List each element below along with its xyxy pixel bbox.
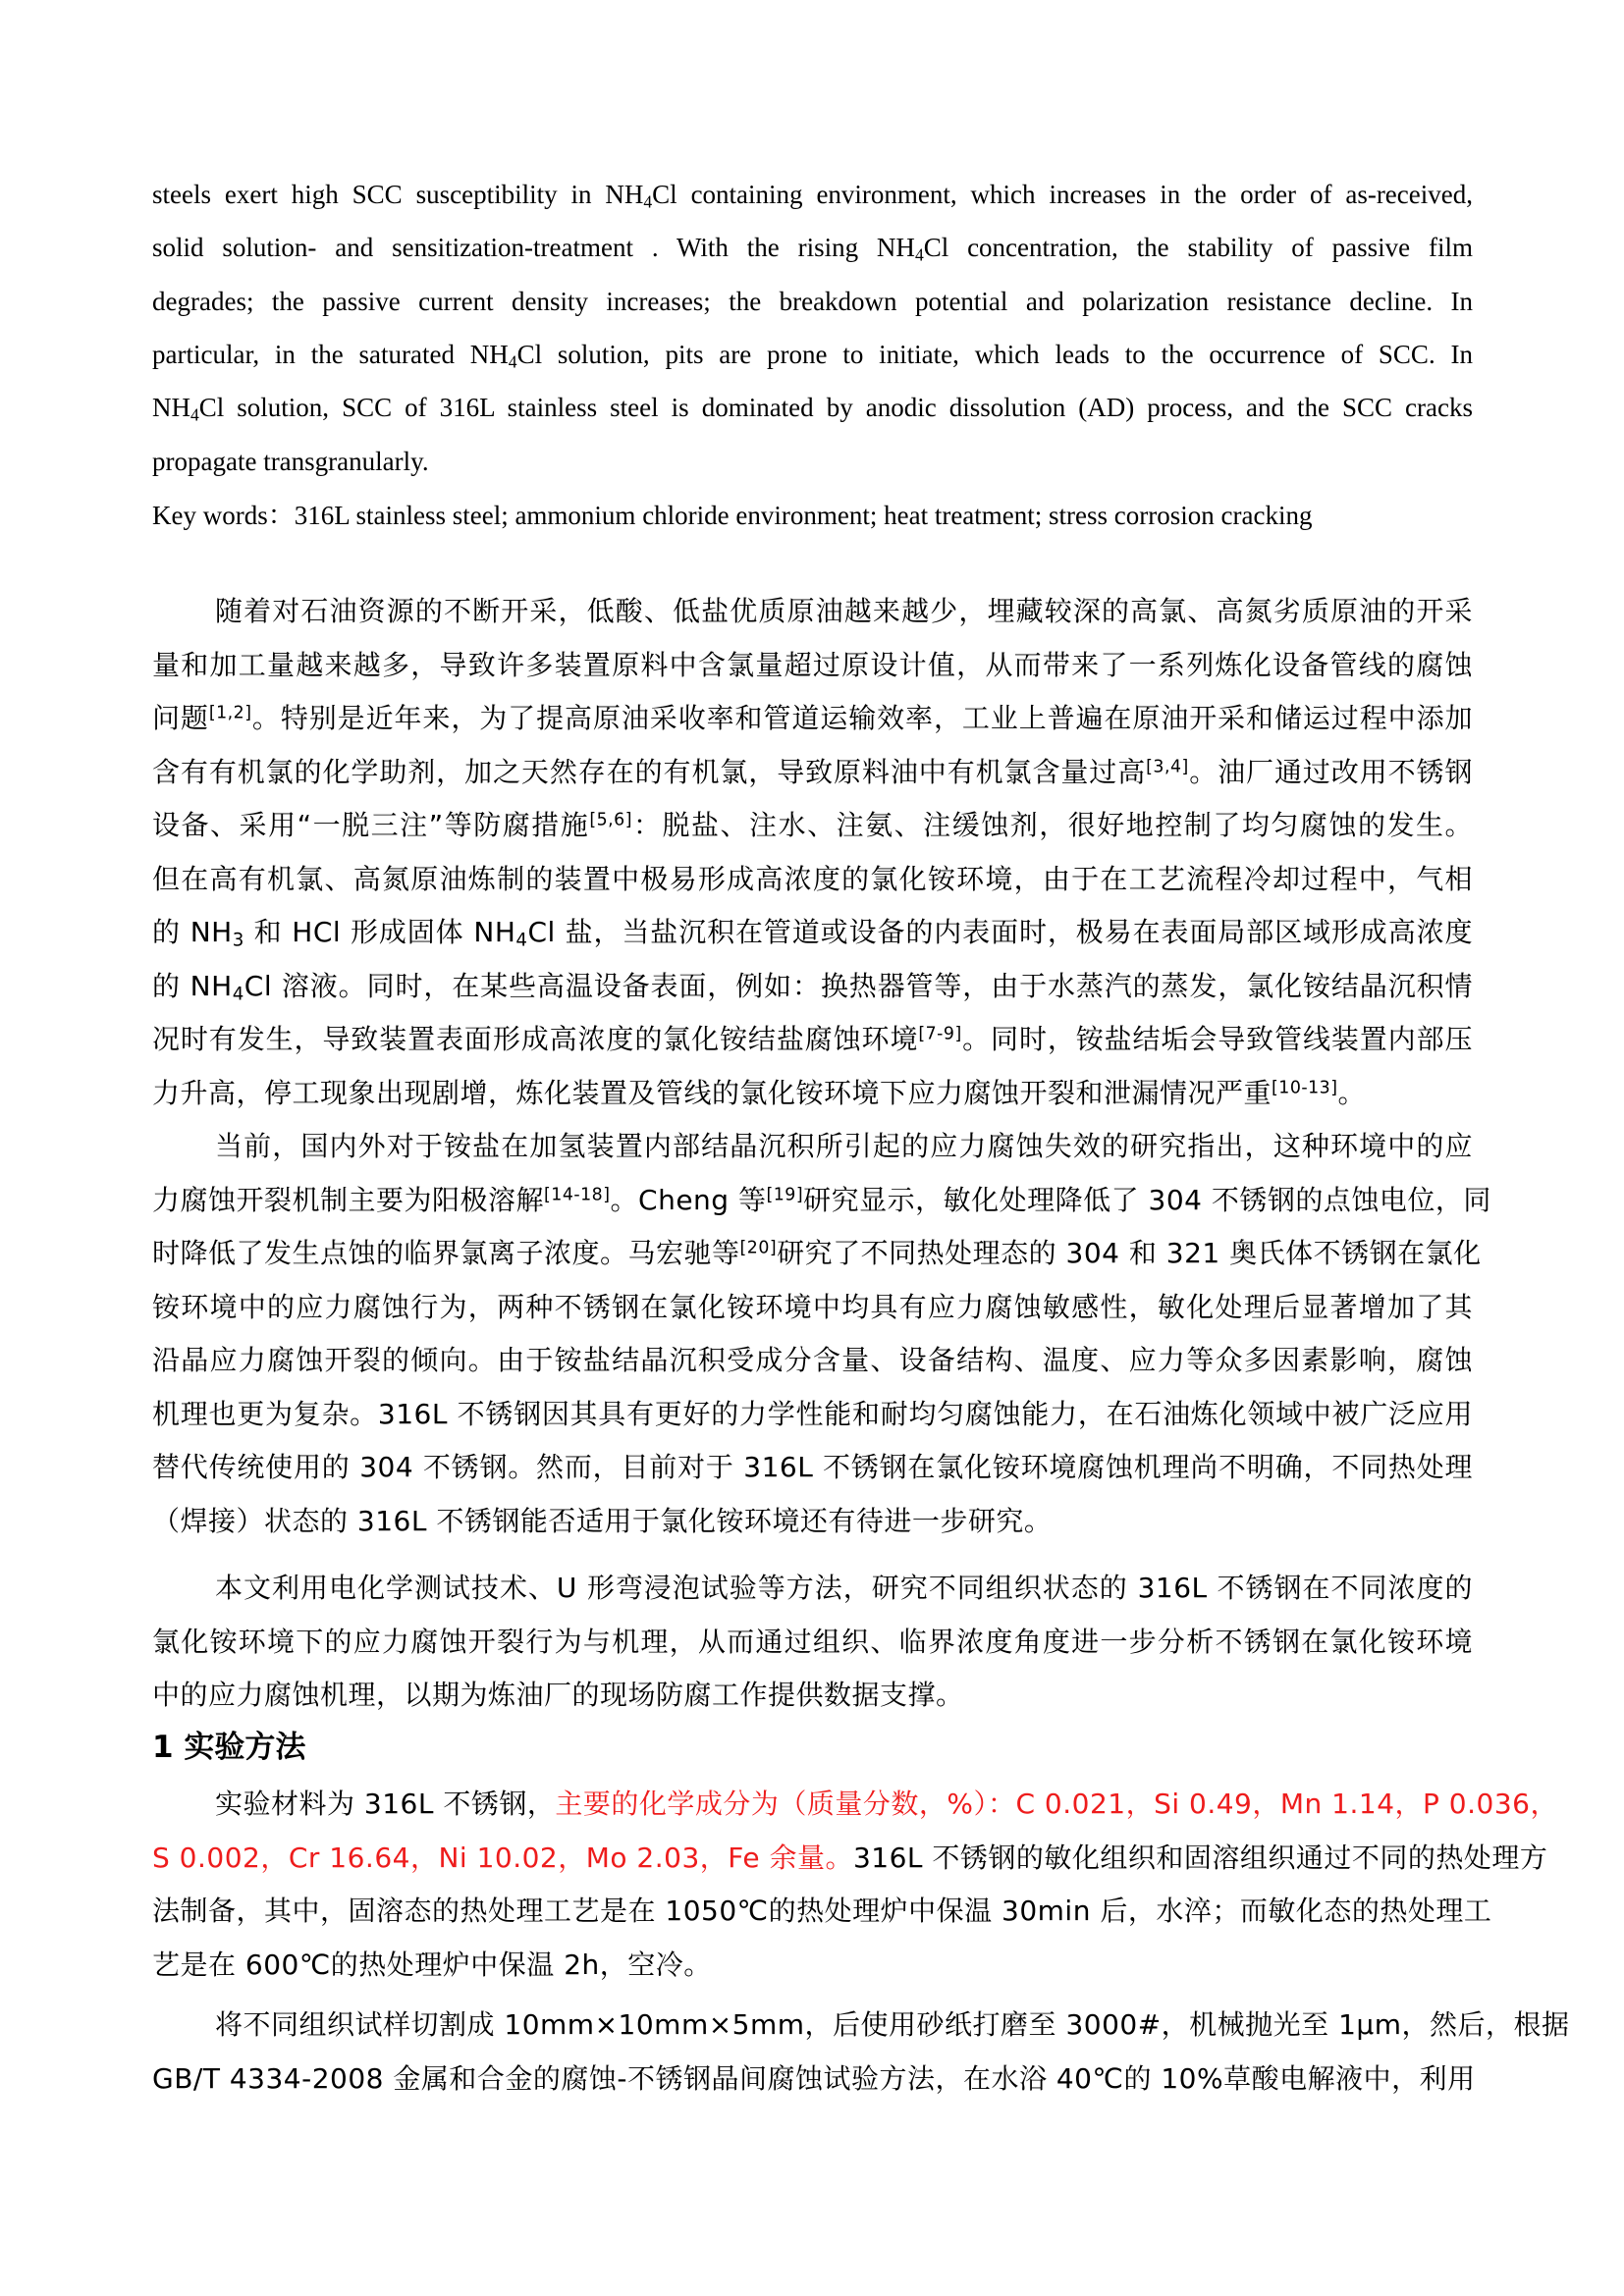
- text-span: 4: [509, 351, 517, 371]
- text-span: Cl 溶液。同时，在某些高温设备表面，例如：换热器管等，由于水蒸汽的蒸发，氯化铵…: [244, 970, 1473, 1002]
- text-line: solid solution- and sensitization-treatm…: [152, 228, 1473, 267]
- text-span: 4: [190, 404, 199, 424]
- text-line: 况时有发生，导致装置表面形成高浓度的氯化铵结盐腐蚀环境[7-9]。同时，铵盐结垢…: [152, 1020, 1473, 1059]
- text-span: 但在高有机氯、高氮原油炼制的装置中极易形成高浓度的氯化铵环境，由于在工艺流程冷却…: [152, 863, 1473, 895]
- text-span: ：脱盐、注水、注氨、注缓蚀剂，很好地控制了均匀腐蚀的发生。: [632, 809, 1473, 841]
- text-span: Cl solution, SCC of 316L stainless steel…: [199, 393, 1473, 422]
- text-span: steels exert high SCC susceptibility in …: [152, 180, 643, 209]
- citation-ref: [5,6]: [589, 810, 632, 829]
- text-span: solid solution- and sensitization-treatm…: [152, 233, 915, 262]
- text-span: 况时有发生，导致装置表面形成高浓度的氯化铵结盐腐蚀环境: [152, 1023, 918, 1055]
- text-span: Cl containing environment, which increas…: [652, 180, 1473, 209]
- text-line: GB/T 4334-2008 金属和合金的腐蚀-不锈钢晶间腐蚀试验方法，在水浴 …: [152, 2059, 1473, 2099]
- text-span: 氯化铵环境下的应力腐蚀开裂行为与机理，从而通过组织、临界浓度角度进一步分析不锈钢…: [152, 1626, 1473, 1658]
- text-line: 含有有机氯的化学助剂，加之天然存在的有机氯，导致原料油中有机氯含量过高[3,4]…: [152, 753, 1473, 792]
- text-span: 4: [515, 931, 527, 951]
- text-span: 研究了不同热处理态的 304 和 321 奥氏体不锈钢在氯化: [777, 1237, 1482, 1269]
- text-line: 随着对石油资源的不断开采，低酸、低盐优质原油越来越少，埋藏较深的高氯、高氮劣质原…: [215, 592, 1473, 631]
- text-span: 机理也更为复杂。316L 不锈钢因其具有更好的力学性能和耐均匀腐蚀能力，在石油炼…: [152, 1398, 1473, 1430]
- text-span: 4: [643, 191, 652, 211]
- keywords-label: Key words：: [152, 501, 295, 530]
- text-span: 实验材料为 316L 不锈钢，: [215, 1788, 555, 1820]
- text-span: 。特别是近年来，为了提高原油采收率和管道运输效率，工业上普遍在原油开采和储运过程…: [252, 702, 1473, 734]
- text-span: 。油厂通过改用不锈钢: [1189, 756, 1473, 788]
- text-line: S 0.002，Cr 16.64，Ni 10.02，Mo 2.03，Fe 余量。…: [152, 1839, 1473, 1878]
- text-span: 。Cheng 等: [611, 1184, 767, 1216]
- text-line: 法制备，其中，固溶态的热处理工艺是在 1050℃的热处理炉中保温 30min 后…: [152, 1892, 1473, 1931]
- text-span: 问题: [152, 702, 209, 734]
- citation-ref: [10-13]: [1272, 1078, 1338, 1097]
- text-line: 替代传统使用的 304 不锈钢。然而，目前对于 316L 不锈钢在氯化铵环境腐蚀…: [152, 1448, 1473, 1487]
- text-span: 当前，国内外对于铵盐在加氢装置内部结晶沉积所引起的应力腐蚀失效的研究指出，这种环…: [215, 1130, 1473, 1162]
- text-line: steels exert high SCC susceptibility in …: [152, 175, 1473, 214]
- text-span: 设备、采用“一脱三注”等防腐措施: [152, 809, 589, 841]
- text-line: 机理也更为复杂。316L 不锈钢因其具有更好的力学性能和耐均匀腐蚀能力，在石油炼…: [152, 1395, 1473, 1434]
- text-span: 铵环境中的应力腐蚀行为，两种不锈钢在氯化铵环境中均具有应力腐蚀敏感性，敏化处理后…: [152, 1291, 1473, 1323]
- highlighted-composition: S 0.002，Cr 16.64，Ni 10.02，Mo 2.03，Fe 余量。: [152, 1842, 853, 1874]
- text-span: Cl concentration, the stability of passi…: [924, 233, 1473, 262]
- text-span: 4: [915, 244, 924, 264]
- text-line: 量和加工量越来越多，导致许多装置原料中含氯量超过原设计值，从而带来了一系列炼化设…: [152, 646, 1473, 685]
- text-span: 研究显示，敏化处理降低了 304 不锈钢的点蚀电位，同: [803, 1184, 1491, 1216]
- text-span: 时降低了发生点蚀的临界氯离子浓度。马宏驰等: [152, 1237, 740, 1269]
- text-span: degrades; the passive current density in…: [152, 287, 1473, 316]
- keywords-line: Key words：316L stainless steel; ammonium…: [152, 496, 1473, 535]
- text-span: 法制备，其中，固溶态的热处理工艺是在 1050℃的热处理炉中保温 30min 后…: [152, 1895, 1491, 1927]
- text-line: propagate transgranularly.: [152, 442, 1473, 481]
- citation-ref: [7-9]: [918, 1024, 961, 1043]
- text-span: 。同时，铵盐结垢会导致管线装置内部压: [962, 1023, 1473, 1055]
- document-page: steels exert high SCC susceptibility in …: [0, 0, 1624, 2296]
- text-span: 沿晶应力腐蚀开裂的倾向。由于铵盐结晶沉积受成分含量、设备结构、温度、应力等众多因…: [152, 1344, 1473, 1376]
- citation-ref: [14-18]: [544, 1185, 611, 1204]
- text-line: 问题[1,2]。特别是近年来，为了提高原油采收率和管道运输效率，工业上普遍在原油…: [152, 699, 1473, 738]
- section-heading-experimental-methods: 1 实验方法: [152, 1728, 305, 1767]
- text-line: 时降低了发生点蚀的临界氯离子浓度。马宏驰等[20]研究了不同热处理态的 304 …: [152, 1234, 1473, 1273]
- text-line: （焊接）状态的 316L 不锈钢能否适用于氯化铵环境还有待进一步研究。: [152, 1502, 1473, 1541]
- text-line: 铵环境中的应力腐蚀行为，两种不锈钢在氯化铵环境中均具有应力腐蚀敏感性，敏化处理后…: [152, 1288, 1473, 1327]
- text-span: GB/T 4334-2008 金属和合金的腐蚀-不锈钢晶间腐蚀试验方法，在水浴 …: [152, 2062, 1476, 2095]
- text-span: Cl solution, pits are prone to initiate,…: [517, 340, 1473, 369]
- text-span: 力升高，停工现象出现剧增，炼化装置及管线的氯化铵环境下应力腐蚀开裂和泄漏情况严重: [152, 1077, 1272, 1109]
- text-line: 设备、采用“一脱三注”等防腐措施[5,6]：脱盐、注水、注氨、注缓蚀剂，很好地控…: [152, 806, 1473, 845]
- text-line: NH4Cl solution, SCC of 316L stainless st…: [152, 388, 1473, 427]
- text-line: 沿晶应力腐蚀开裂的倾向。由于铵盐结晶沉积受成分含量、设备结构、温度、应力等众多因…: [152, 1341, 1473, 1380]
- text-line: 力升高，停工现象出现剧增，炼化装置及管线的氯化铵环境下应力腐蚀开裂和泄漏情况严重…: [152, 1074, 1473, 1113]
- text-line: 的 NH4Cl 溶液。同时，在某些高温设备表面，例如：换热器管等，由于水蒸汽的蒸…: [152, 967, 1473, 1006]
- text-span: （焊接）状态的 316L 不锈钢能否适用于氯化铵环境还有待进一步研究。: [152, 1505, 1052, 1537]
- text-span: 本文利用电化学测试技术、U 形弯浸泡试验等方法，研究不同组织状态的 316L 不…: [215, 1572, 1473, 1604]
- text-span: 中的应力腐蚀机理，以期为炼油厂的现场防腐工作提供数据支撑。: [152, 1679, 964, 1711]
- text-span: 艺是在 600℃的热处理炉中保温 2h，空冷。: [152, 1949, 712, 1981]
- text-line: 的 NH3 和 HCl 形成固体 NH4Cl 盐，当盐沉积在管道或设备的内表面时…: [152, 913, 1473, 952]
- text-span: 力腐蚀开裂机制主要为阳极溶解: [152, 1184, 544, 1216]
- text-line: 氯化铵环境下的应力腐蚀开裂行为与机理，从而通过组织、临界浓度角度进一步分析不锈钢…: [152, 1623, 1473, 1662]
- text-span: 4: [233, 985, 244, 1005]
- citation-ref: [3,4]: [1146, 757, 1189, 776]
- text-span: NH: [152, 393, 190, 422]
- text-span: 含有有机氯的化学助剂，加之天然存在的有机氯，导致原料油中有机氯含量过高: [152, 756, 1146, 788]
- text-line: 本文利用电化学测试技术、U 形弯浸泡试验等方法，研究不同组织状态的 316L 不…: [215, 1569, 1473, 1608]
- text-span: 的 NH: [152, 970, 233, 1002]
- text-line: 实验材料为 316L 不锈钢，主要的化学成分为（质量分数，%）：C 0.021，…: [215, 1785, 1473, 1824]
- text-span: 量和加工量越来越多，导致许多装置原料中含氯量超过原设计值，从而带来了一系列炼化设…: [152, 649, 1473, 681]
- text-span: 的 NH: [152, 916, 233, 948]
- text-line: 但在高有机氯、高氮原油炼制的装置中极易形成高浓度的氯化铵环境，由于在工艺流程冷却…: [152, 860, 1473, 899]
- text-span: 和 HCl 形成固体 NH: [244, 916, 516, 948]
- text-span: 替代传统使用的 304 不锈钢。然而，目前对于 316L 不锈钢在氯化铵环境腐蚀…: [152, 1451, 1473, 1483]
- text-line: 艺是在 600℃的热处理炉中保温 2h，空冷。: [152, 1946, 1473, 1985]
- text-span: particular, in the saturated NH: [152, 340, 509, 369]
- citation-ref: [19]: [766, 1185, 803, 1204]
- text-span: 316L 不锈钢的敏化组织和固溶组织通过不同的热处理方: [853, 1842, 1547, 1874]
- text-span: 。: [1338, 1077, 1367, 1109]
- text-span: 将不同组织试样切割成 10mm×10mm×5mm，后使用砂纸打磨至 3000#，…: [215, 2008, 1569, 2041]
- text-line: 力腐蚀开裂机制主要为阳极溶解[14-18]。Cheng 等[19]研究显示，敏化…: [152, 1181, 1473, 1220]
- keywords-value: 316L stainless steel; ammonium chloride …: [295, 501, 1313, 530]
- text-line: particular, in the saturated NH4Cl solut…: [152, 335, 1473, 374]
- text-span: Cl 盐，当盐沉积在管道或设备的内表面时，极易在表面局部区域形成高浓度: [527, 916, 1473, 948]
- text-span: propagate transgranularly.: [152, 447, 429, 476]
- citation-ref: [1,2]: [209, 703, 252, 722]
- text-line: degrades; the passive current density in…: [152, 282, 1473, 321]
- text-line: 将不同组织试样切割成 10mm×10mm×5mm，后使用砂纸打磨至 3000#，…: [215, 2005, 1473, 2045]
- text-line: 当前，国内外对于铵盐在加氢装置内部结晶沉积所引起的应力腐蚀失效的研究指出，这种环…: [215, 1127, 1473, 1166]
- text-span: 随着对石油资源的不断开采，低酸、低盐优质原油越来越少，埋藏较深的高氯、高氮劣质原…: [215, 595, 1473, 627]
- highlighted-composition: 主要的化学成分为（质量分数，%）：C 0.021，Si 0.49，Mn 1.14…: [555, 1788, 1558, 1820]
- text-line: 中的应力腐蚀机理，以期为炼油厂的现场防腐工作提供数据支撑。: [152, 1676, 1473, 1715]
- citation-ref: [20]: [740, 1238, 778, 1257]
- text-span: 3: [233, 931, 244, 951]
